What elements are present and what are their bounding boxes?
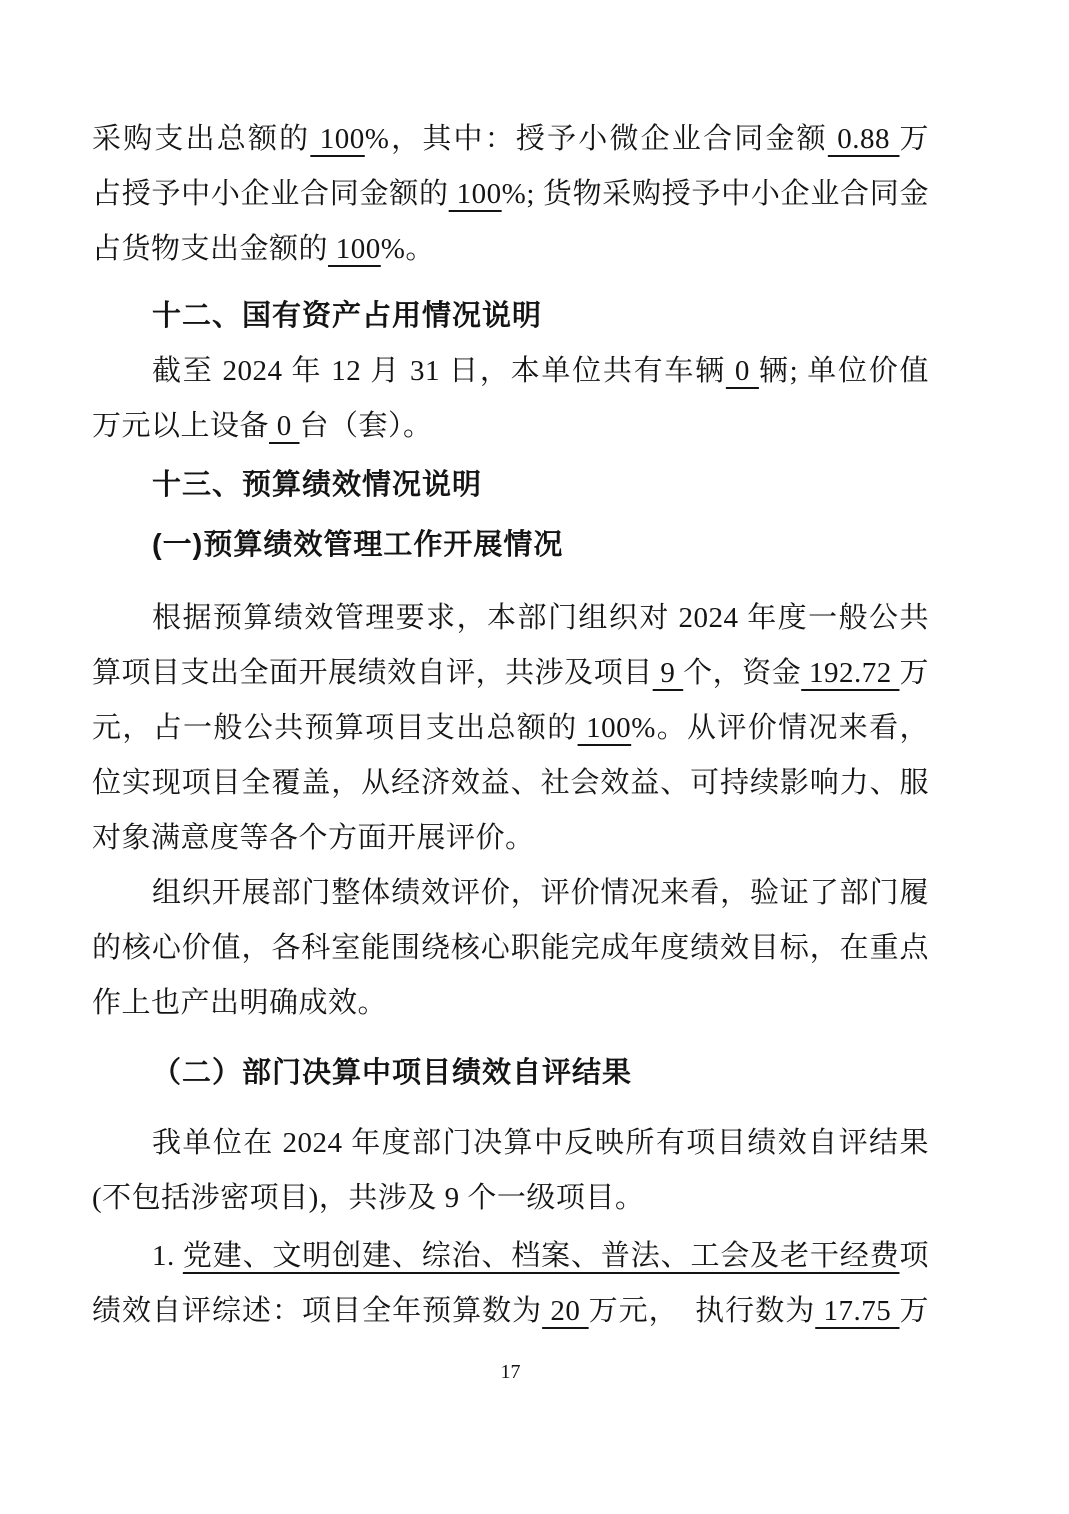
text-run: 1.	[152, 1240, 183, 1272]
underlined-value: 192.72	[801, 657, 899, 689]
heading-subsection-2-self-evaluation-results: （二）部门决算中项目绩效自评结果	[92, 1046, 929, 1101]
text-run: 十三、预算绩效情况说明	[152, 469, 482, 501]
overall-performance-evaluation-paragraph: 组织开展部门整体绩效评价，评价情况来看，验证了部门履职的核心价值，各科室能围绕核…	[92, 866, 929, 1031]
text-line: 1. 党建、文明创建、综治、档案、普法、工会及老干经费项目	[92, 1229, 929, 1284]
underlined-value: 100	[578, 712, 632, 744]
text-run: 我单位在 2024 年度部门决算中反映所有项目绩效自评结果	[152, 1127, 929, 1159]
text-run: %，其中：授予小微企业合同金额	[365, 123, 828, 155]
underlined-value: 党建、文明创建、综治、档案、普法、工会及老干经费	[183, 1240, 900, 1272]
text-line: 根据预算绩效管理要求，本部门组织对 2024 年度一般公共预	[92, 591, 929, 646]
text-line: (一)预算绩效管理工作开展情况	[92, 518, 929, 573]
text-line: 十三、预算绩效情况说明	[92, 458, 929, 513]
text-run: 万元， 执行数为	[589, 1295, 816, 1327]
underlined-value: 100	[328, 233, 381, 265]
text-line: 占货物支出金额的 100%。	[92, 222, 929, 277]
text-line: 作上也产出明确成效。	[92, 976, 929, 1031]
heading-subsection-1-performance-management: (一)预算绩效管理工作开展情况	[92, 518, 929, 573]
text-line: 算项目支出全面开展绩效自评，共涉及项目 9 个，资金 192.72 万	[92, 646, 929, 701]
text-line: （二）部门决算中项目绩效自评结果	[92, 1046, 929, 1101]
text-line: 占授予中小企业合同金额的 100%; 货物采购授予中小企业合同金额	[92, 167, 929, 222]
text-line: (不包括涉密项目)，共涉及 9 个一级项目。	[92, 1171, 929, 1226]
text-run: (不包括涉密项目)，共涉及 9 个一级项目。	[92, 1182, 644, 1214]
text-run: 的核心价值，各科室能围绕核心职能完成年度绩效目标，在重点工	[92, 932, 929, 976]
procurement-paragraph-continuation: 采购支出总额的 100%，其中：授予小微企业合同金额 0.88 万元，占授予中小…	[92, 112, 929, 277]
underlined-value: 0	[269, 410, 300, 442]
performance-self-evaluation-paragraph: 根据预算绩效管理要求，本部门组织对 2024 年度一般公共预算项目支出全面开展绩…	[92, 591, 929, 866]
text-run: %。	[381, 233, 435, 265]
text-line: 万元以上设备 0 台（套）。	[92, 399, 929, 454]
text-run: 占授予中小企业合同金额的	[92, 178, 449, 210]
underlined-value: 9	[653, 657, 684, 689]
text-run: 采购支出总额的	[92, 123, 310, 155]
underlined-value: 0	[726, 355, 759, 387]
heading-section-12-state-assets: 十二、国有资产占用情况说明	[92, 289, 929, 344]
text-line: 位实现项目全覆盖，从经济效益、社会效益、可持续影响力、服务	[92, 756, 929, 811]
text-run: 根据预算绩效管理要求，本部门组织对 2024 年度一般公共预	[92, 602, 929, 646]
text-run: 万元以上设备	[92, 410, 269, 442]
text-line: 采购支出总额的 100%，其中：授予小微企业合同金额 0.88 万元，	[92, 112, 929, 167]
text-line: 绩效自评综述：项目全年预算数为 20 万元， 执行数为 17.75 万元，	[92, 1284, 929, 1339]
text-line: 组织开展部门整体绩效评价，评价情况来看，验证了部门履职	[92, 866, 929, 921]
project-1-party-building-paragraph: 1. 党建、文明创建、综治、档案、普法、工会及老干经费项目绩效自评综述：项目全年…	[92, 1229, 929, 1339]
text-run: 十二、国有资产占用情况说明	[152, 300, 542, 332]
text-line: 我单位在 2024 年度部门决算中反映所有项目绩效自评结果	[92, 1116, 929, 1171]
text-run: 作上也产出明确成效。	[92, 987, 387, 1019]
text-run: 元，占一般公共预算项目支出总额的	[92, 712, 578, 744]
text-line: 截至 2024 年 12 月 31 日，本单位共有车辆 0 辆; 单位价值 10…	[92, 344, 929, 399]
underlined-value: 20	[542, 1295, 589, 1327]
text-run: (一)预算绩效管理工作开展情况	[152, 529, 563, 561]
text-run: 对象满意度等各个方面开展评价。	[92, 822, 535, 854]
text-line: 十二、国有资产占用情况说明	[92, 289, 929, 344]
underlined-value: 0.88	[828, 123, 900, 155]
text-run: 截至 2024 年 12 月 31 日，本单位共有车辆	[152, 355, 726, 387]
text-line: 对象满意度等各个方面开展评价。	[92, 811, 929, 866]
text-run: 绩效自评综述：项目全年预算数为	[92, 1295, 542, 1327]
underlined-value: 17.75	[815, 1295, 899, 1327]
text-run: 位实现项目全覆盖，从经济效益、社会效益、可持续影响力、服务	[92, 767, 929, 811]
document-page: 采购支出总额的 100%，其中：授予小微企业合同金额 0.88 万元，占授予中小…	[0, 0, 1069, 1514]
text-run: （二）部门决算中项目绩效自评结果	[152, 1057, 632, 1089]
text-run: 算项目支出全面开展绩效自评，共涉及项目	[92, 657, 653, 689]
text-line: 的核心价值，各科室能围绕核心职能完成年度绩效目标，在重点工	[92, 921, 929, 976]
text-run: 台（套）。	[300, 410, 433, 442]
text-run: 万	[899, 657, 929, 689]
self-evaluation-results-paragraph: 我单位在 2024 年度部门决算中反映所有项目绩效自评结果(不包括涉密项目)，共…	[92, 1116, 929, 1226]
heading-section-13-budget-performance: 十三、预算绩效情况说明	[92, 458, 929, 513]
text-run: 占货物支出金额的	[92, 233, 328, 265]
text-run: 个，资金	[683, 657, 801, 689]
underlined-value: 100	[310, 123, 364, 155]
text-line: 元，占一般公共预算项目支出总额的 100%。从评价情况来看，我单	[92, 701, 929, 756]
underlined-value: 100	[449, 178, 502, 210]
document-body: 采购支出总额的 100%，其中：授予小微企业合同金额 0.88 万元，占授予中小…	[92, 112, 929, 1339]
text-run: 组织开展部门整体绩效评价，评价情况来看，验证了部门履职	[92, 877, 929, 921]
state-assets-paragraph: 截至 2024 年 12 月 31 日，本单位共有车辆 0 辆; 单位价值 10…	[92, 344, 929, 454]
page-number: 17	[92, 1357, 929, 1387]
